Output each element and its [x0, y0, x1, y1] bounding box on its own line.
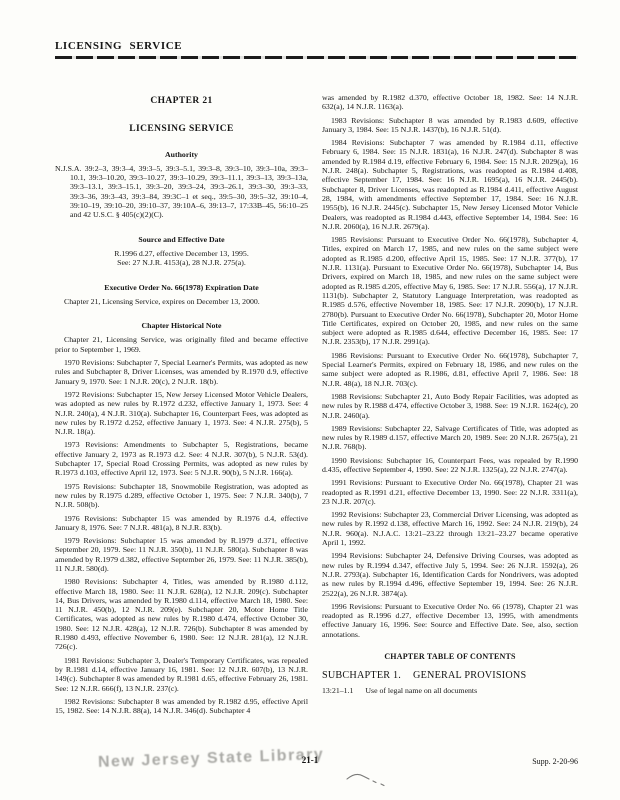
toc-entry: 13:21–1.1Use of legal name on all docume…: [322, 686, 578, 695]
executive-order-heading: Executive Order No. 66(1978) Expiration …: [55, 283, 308, 292]
historical-note-paragraph: 1982 Revisions: Subchapter 8 was amended…: [55, 697, 308, 716]
authority-heading: Authority: [55, 150, 308, 159]
revision-paragraph: 1986 Revisions: Pursuant to Executive Or…: [322, 351, 578, 388]
historical-note-paragraph: 1979 Revisions: Subchapter 15 was amende…: [55, 536, 308, 573]
continuation-paragraph: was amended by R.1982 d.370, effective O…: [322, 93, 578, 112]
historical-note-paragraph: Chapter 21, Licensing Service, was origi…: [55, 335, 308, 354]
source-heading: Source and Effective Date: [55, 235, 308, 244]
revision-paragraph: 1984 Revisions: Subchapter 7 was amended…: [322, 138, 578, 231]
pen-mark: [345, 770, 389, 788]
toc-entry-number: 13:21–1.1: [322, 686, 353, 695]
toc-heading: CHAPTER TABLE OF CONTENTS: [322, 652, 578, 661]
historical-note-paragraph: 1980 Revisions: Subchapter 4, Titles, wa…: [55, 577, 308, 651]
source-line-1: R.1996 d.27, effective December 13, 1995…: [55, 249, 308, 258]
historical-note-paragraph: 1970 Revisions: Subchapter 7, Special Le…: [55, 358, 308, 386]
historical-note-paragraph: 1972 Revisions: Subchapter 15, New Jerse…: [55, 390, 308, 436]
subchapter-title: GENERAL PROVISIONS: [413, 670, 526, 681]
revision-paragraph: 1996 Revisions: Pursuant to Executive Or…: [322, 602, 578, 639]
revision-paragraph: 1983 Revisions: Subchapter 8 was amended…: [322, 116, 578, 135]
revision-paragraph: 1992 Revisions: Subchapter 23, Commercia…: [322, 510, 578, 547]
toc-entry-title: Use of legal name on all documents: [365, 686, 477, 695]
historical-note-paragraph: 1975 Revisions: Subchapter 18, Snowmobil…: [55, 482, 308, 510]
running-header: LICENSING SERVICE: [55, 40, 182, 52]
historical-note-paragraphs: Chapter 21, Licensing Service, was origi…: [55, 335, 308, 715]
two-column-body: CHAPTER 21 LICENSING SERVICE Authority N…: [55, 60, 578, 715]
revision-paragraph: 1989 Revisions: Subchapter 22, Salvage C…: [322, 424, 578, 452]
revision-paragraph: 1994 Revisions: Subchapter 24, Defensive…: [322, 551, 578, 597]
historical-note-heading: Chapter Historical Note: [55, 321, 308, 330]
revision-paragraph: 1991 Revisions: Pursuant to Executive Or…: [322, 478, 578, 506]
subchapter-number: SUBCHAPTER 1.: [322, 670, 401, 681]
revision-paragraph: 1990 Revisions: Subchapter 16, Counterpa…: [322, 456, 578, 475]
right-column: was amended by R.1982 d.370, effective O…: [322, 60, 578, 715]
historical-note-paragraph: 1973 Revisions: Amendments to Subchapter…: [55, 440, 308, 477]
document-page: LICENSING SERVICE CHAPTER 21 LICENSING S…: [0, 0, 620, 800]
historical-note-paragraph: 1976 Revisions: Subchapter 15 was amende…: [55, 514, 308, 533]
chapter-number-heading: CHAPTER 21: [55, 97, 308, 106]
supplement-label: Supp. 2-20-96: [532, 757, 578, 766]
subchapter-heading: SUBCHAPTER 1.GENERAL PROVISIONS: [322, 671, 578, 680]
page-number: 21-1: [0, 755, 620, 765]
header-rule: [55, 56, 578, 59]
executive-order-body: Chapter 21, Licensing Service, expires o…: [55, 297, 308, 306]
authority-body: N.J.S.A. 39:2–3, 39:3–4, 39:3–5, 39:3–5.…: [55, 164, 308, 220]
revision-paragraph: 1988 Revisions: Subchapter 21, Auto Body…: [322, 392, 578, 420]
chapter-title-heading: LICENSING SERVICE: [55, 125, 308, 134]
source-line-2: See: 27 N.J.R. 4153(a), 28 N.J.R. 275(a)…: [55, 258, 308, 267]
left-column: CHAPTER 21 LICENSING SERVICE Authority N…: [55, 60, 308, 715]
revision-paragraphs: 1983 Revisions: Subchapter 8 was amended…: [322, 116, 578, 639]
revision-paragraph: 1985 Revisions: Pursuant to Executive Or…: [322, 235, 578, 347]
historical-note-paragraph: 1981 Revisions: Subchapter 3, Dealer's T…: [55, 656, 308, 693]
